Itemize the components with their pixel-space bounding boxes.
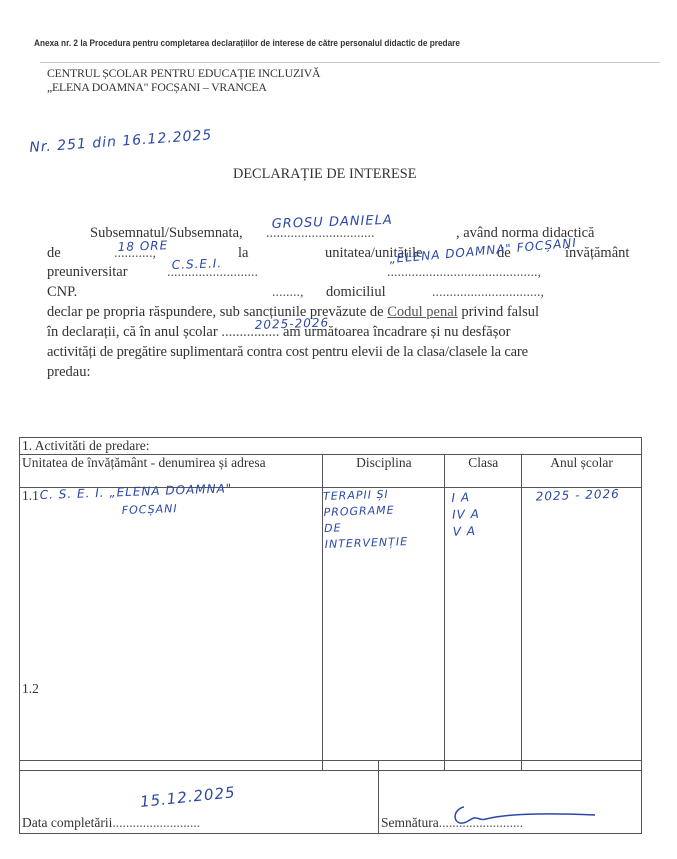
unit-handwritten-line2: FOCȘANI: [122, 502, 178, 517]
name-handwritten: GROSU DANIELA: [271, 213, 393, 232]
row-index-2: 1.2: [22, 681, 39, 697]
declaration-line-5: activități de pregătire suplimentară con…: [47, 344, 528, 361]
signature-scribble-icon: [450, 801, 600, 829]
institution-name-line1: CENTRUL ȘCOLAR PENTRU EDUCAȚIE INCLUZIVĂ: [47, 66, 320, 81]
cnp-field[interactable]: ........,: [272, 285, 304, 301]
norma-handwritten: 18 ORE: [118, 238, 169, 254]
column-header-school-year: Anul școlar: [522, 455, 642, 488]
registration-number: Nr. 251 din 16.12.2025: [29, 127, 213, 156]
line3-text-a: declar pe propria răspundere, sub sancți…: [47, 304, 384, 320]
class-cell[interactable]: I A IV A V A: [445, 488, 522, 771]
line3-text-b: privind falsul: [461, 304, 539, 320]
discipline-line4: INTERVENȚIE: [325, 533, 442, 553]
column-header-discipline: Disciplina: [323, 455, 445, 488]
header-divider: [40, 62, 660, 63]
signature-label-text: Semnătura: [381, 815, 439, 830]
unit-cell[interactable]: 1.1 C. S. E. I. „ELENA DOAMNA" FOCȘANI 1…: [20, 488, 323, 771]
column-header-class: Clasa: [445, 455, 522, 488]
section-title: 1. Activităti de predare:: [20, 438, 642, 455]
date-handwritten: 15.12.2025: [139, 783, 236, 811]
document-title: DECLARAȚIE DE INTERESE: [233, 166, 416, 183]
table-row: 1.1 C. S. E. I. „ELENA DOAMNA" FOCȘANI 1…: [20, 488, 642, 771]
preuniversitar-label: preuniversitar: [47, 264, 128, 281]
table-header-row: Unitatea de învățământ - denumirea și ad…: [20, 455, 642, 488]
school-year-handwritten: 2025-2026: [255, 315, 330, 332]
date-label: Data completării........................…: [22, 815, 200, 831]
unit-handwritten-1: C.S.E.I.: [172, 256, 223, 272]
date-label-text: Data completării: [22, 815, 112, 830]
de-label: de: [47, 245, 61, 262]
school-year-value: 2025 - 2026: [524, 484, 639, 504]
la-label: la: [238, 245, 248, 262]
table-section-row: 1. Activităti de predare:: [20, 438, 642, 455]
domiciliul-field[interactable]: ...............................,: [432, 285, 544, 301]
institution-name-line2: „ELENA DOAMNA" FOCȘANI – VRANCEA: [47, 80, 267, 95]
footer-divider: [378, 761, 379, 833]
line4-text-a: în declarații, că în anul școlar: [47, 324, 218, 340]
school-year-cell[interactable]: 2025 - 2026: [522, 488, 642, 771]
codul-penal-link[interactable]: Codul penal: [387, 304, 457, 320]
footer-box: Data completării........................…: [19, 760, 642, 834]
domiciliul-label: domiciliul: [326, 284, 386, 301]
activities-table: 1. Activităti de predare: Unitatea de în…: [19, 437, 642, 771]
class-line3: V A: [453, 522, 519, 541]
annex-header: Anexa nr. 2 la Procedura pentru completa…: [34, 38, 460, 49]
date-field[interactable]: ..........................: [112, 815, 200, 830]
discipline-cell[interactable]: TERAPII ȘI PROGRAME DE INTERVENȚIE: [323, 488, 445, 771]
declaration-line-6: predau:: [47, 364, 90, 381]
cnp-label[interactable]: CNP.: [47, 284, 77, 301]
row-index: 1.1: [22, 488, 39, 504]
unit-field-2[interactable]: ........................................…: [387, 265, 541, 281]
